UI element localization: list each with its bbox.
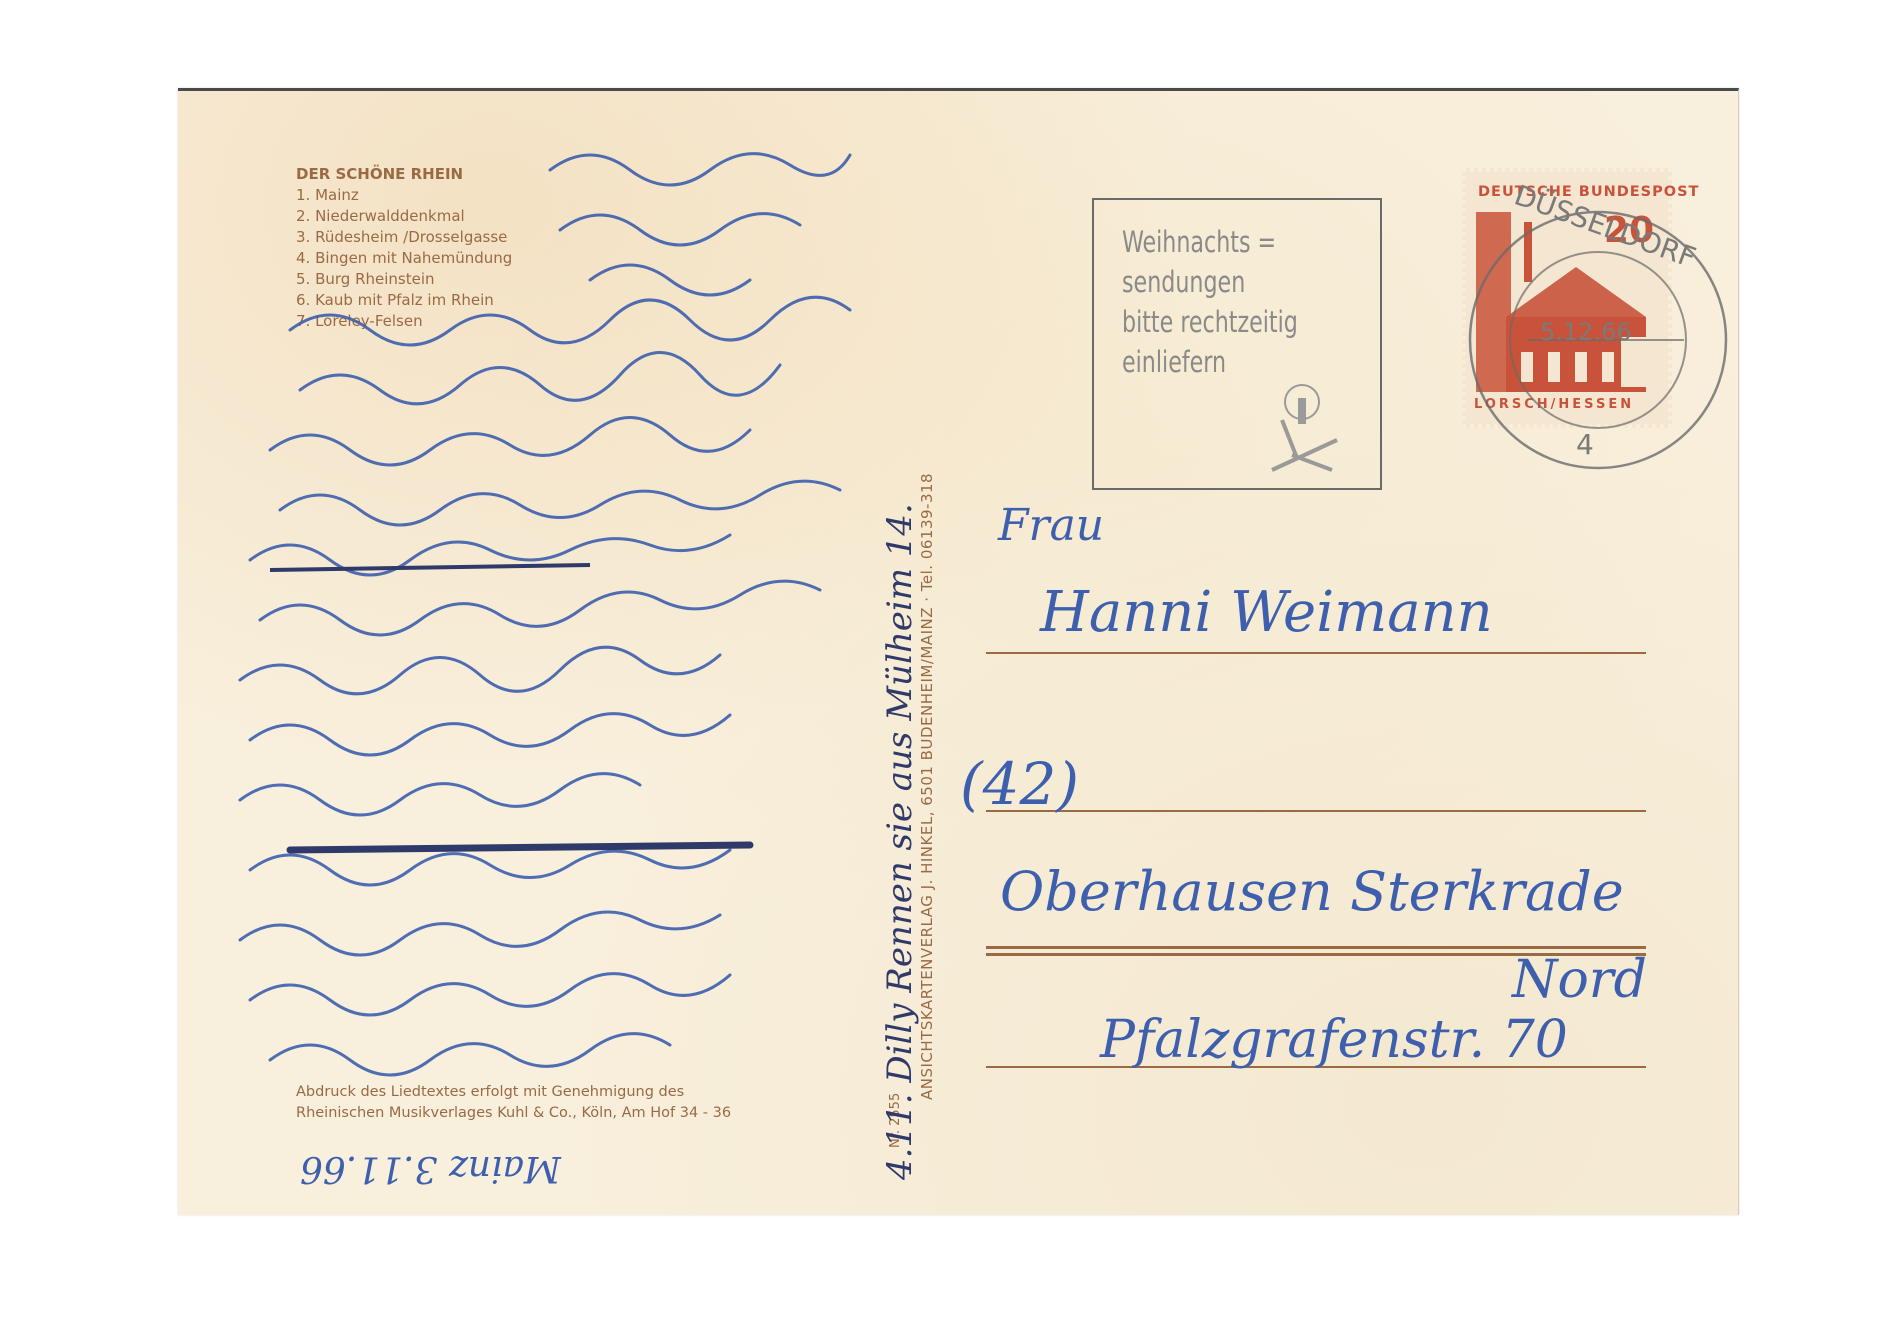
address-city: Oberhausen Sterkrade	[1000, 860, 1624, 923]
credit-line-2: Rheinischen Musikverlages Kuhl & Co., Kö…	[296, 1103, 731, 1124]
handwritten-dateline: Mainz 3.11.66	[300, 1148, 561, 1189]
address-line	[986, 810, 1646, 812]
address-line	[986, 652, 1646, 654]
slogan-line: bitte rechtzeitig	[1122, 302, 1341, 342]
printed-credit: Abdruck des Liedtextes erfolgt mit Geneh…	[296, 1082, 731, 1124]
credit-line-1: Abdruck des Liedtextes erfolgt mit Geneh…	[296, 1082, 731, 1103]
handwritten-message	[230, 150, 950, 1150]
stamp-country: DEUTSCHE BUNDESPOST	[1478, 184, 1699, 200]
address-district: Nord	[1512, 950, 1647, 1010]
publisher-imprint: ANSICHTSKARTENVERLAG J. HINKEL, 6501 BUD…	[918, 473, 936, 1100]
slogan-line: sendungen	[1122, 262, 1341, 302]
address-postcode: (42)	[960, 750, 1079, 818]
candle-branch-icon	[1262, 380, 1372, 480]
address-name: Hanni Weimann	[1040, 580, 1493, 645]
address-salutation: Frau	[998, 500, 1104, 551]
postmark-date: 5.12.66	[1540, 318, 1632, 346]
handwritten-sender-note: 4.11. Dilly Rennen sie aus Mülheim 14.	[880, 503, 920, 1180]
postmark-number: 4	[1576, 428, 1594, 461]
address-line	[986, 946, 1646, 949]
slogan-line: einliefern	[1122, 342, 1341, 382]
address-street: Pfalzgrafenstr. 70	[1100, 1010, 1568, 1070]
slogan-line: Weihnachts =	[1122, 222, 1341, 262]
